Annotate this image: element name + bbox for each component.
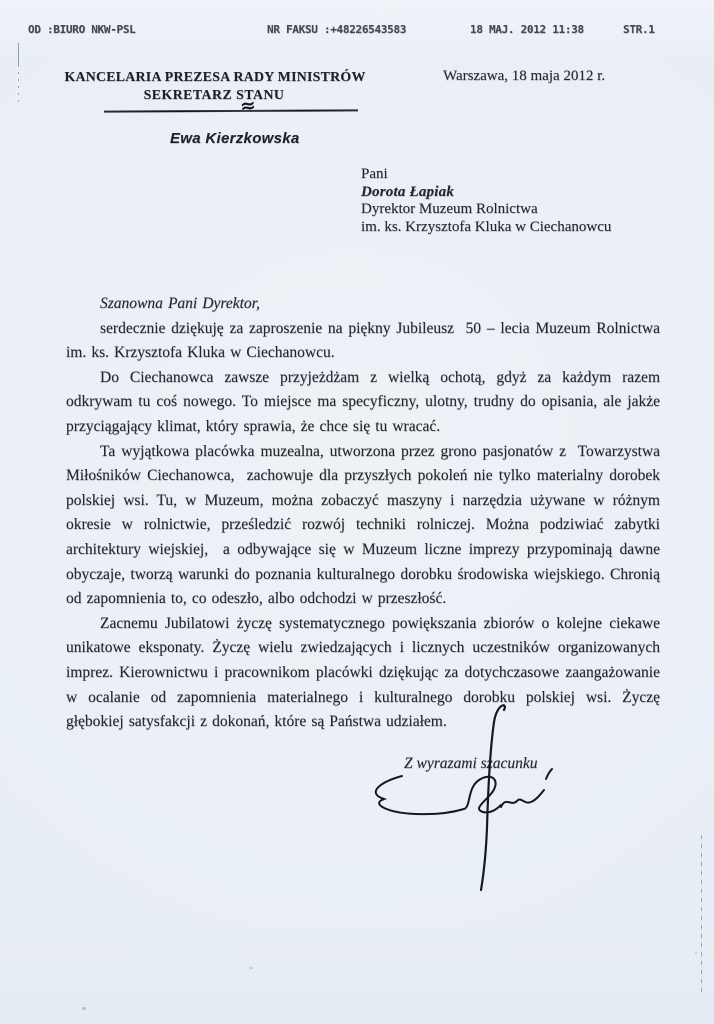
letter-body: Szanowna Pani Dyrektor, serdecznie dzięk… [66,292,660,735]
recipient-name: Dorota Łapiak [361,184,611,202]
recipient-institution: im. ks. Krzysztofa Kluka w Ciechanowcu [361,219,611,237]
recipient-block: Pani Dorota Łapiak Dyrektor Muzeum Rolni… [361,166,611,236]
scan-artifact-speck [695,952,697,954]
fax-header-page-count: STR.1 [623,23,655,35]
tilde-flourish-icon: ≈ [239,96,257,117]
recipient-position: Dyrektor Muzeum Rolnictwa [361,201,611,219]
letter-greeting: Szanowna Pani Dyrektor, [66,292,660,317]
scan-artifact-speck [82,1007,86,1010]
signatory-name: Ewa Kierzkowska [170,130,300,147]
letterhead-office-name: KANCELARIA PREZESA RADY MINISTRÓW [64,69,365,85]
letterhead-office-unit: SEKRETARZ STANU [144,87,285,103]
scan-artifact-left-dashes [18,72,19,106]
handwritten-signature [358,700,568,895]
letter-paragraph: serdecznie dziękuję za zaproszenie na pi… [66,317,660,366]
fax-header-sender: OD :BIURO NKW-PSL [28,23,135,35]
letterhead-rule [104,109,358,112]
recipient-title: Pani [361,166,611,184]
letter-paragraph: Ta wyjątkowa placówka muzealna, utworzon… [66,440,660,612]
scan-artifact-left-line [18,43,19,67]
fax-header-number: NR FAKSU :+48226543583 [267,23,406,35]
letter-paragraph: Do Ciechanowca zawsze przyjeżdżam z wiel… [66,366,660,440]
scanned-letter-page: OD :BIURO NKW-PSL NR FAKSU :+48226543583… [0,0,714,1024]
scan-artifact-speck [249,967,253,969]
scan-artifact-right-dashes [701,835,702,995]
place-and-date: Warszawa, 18 maja 2012 r. [443,68,605,85]
fax-header-datetime: 18 MAJ. 2012 11:38 [470,23,584,35]
